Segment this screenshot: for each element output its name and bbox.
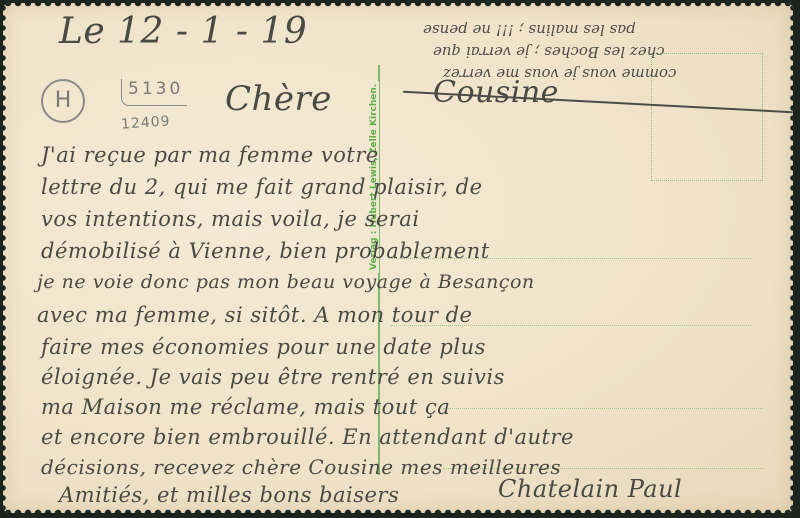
body-line: démobilisé à Vienne, bien probablement xyxy=(41,239,490,263)
body-line: et encore bien embrouillé. En attendant … xyxy=(41,425,574,449)
body-line: ma Maison me réclame, mais tout ça xyxy=(41,395,450,419)
upside-down-note-line: pas les malins ; !!! ne pense xyxy=(423,21,636,39)
deckled-edge-bottom xyxy=(3,507,793,513)
body-line: Amitiés, et milles bons baisers xyxy=(59,483,399,507)
salutation: Chère xyxy=(225,79,332,119)
postcard-back: Verlag : Hubert Lewis, Zelle Kirchen. H … xyxy=(3,3,793,513)
archive-number-annotation-2: 12409 xyxy=(121,113,172,132)
archive-number-annotation: 5130 xyxy=(121,79,187,106)
signature: Chatelain Paul xyxy=(498,475,682,503)
upside-down-note-line: chez les Boches ; je verrai que xyxy=(433,43,665,61)
deckled-edge-top xyxy=(3,3,793,9)
body-line: avec ma femme, si sitôt. A mon tour de xyxy=(37,303,472,327)
upside-down-note-line: comme vous je vous me verrez xyxy=(443,65,676,83)
deckled-edge-right xyxy=(788,3,793,513)
letter-date: Le 12 - 1 - 19 xyxy=(59,11,307,52)
body-line: faire mes économies pour une date plus xyxy=(41,335,486,359)
body-line: décisions, recevez chère Cousine mes mei… xyxy=(41,455,561,479)
body-line: vos intentions, mais voila, je serai xyxy=(41,207,420,231)
body-line: lettre du 2, qui me fait grand plaisir, … xyxy=(41,175,483,199)
deckled-edge-left xyxy=(3,3,8,513)
body-line: J'ai reçue par ma femme votre xyxy=(41,143,379,167)
body-line: éloignée. Je vais peu être rentré en sui… xyxy=(41,365,505,389)
address-line-3 xyxy=(443,408,763,409)
body-line: je ne voie donc pas mon beau voyage à Be… xyxy=(37,271,535,293)
circled-letter-annotation: H xyxy=(41,79,85,123)
